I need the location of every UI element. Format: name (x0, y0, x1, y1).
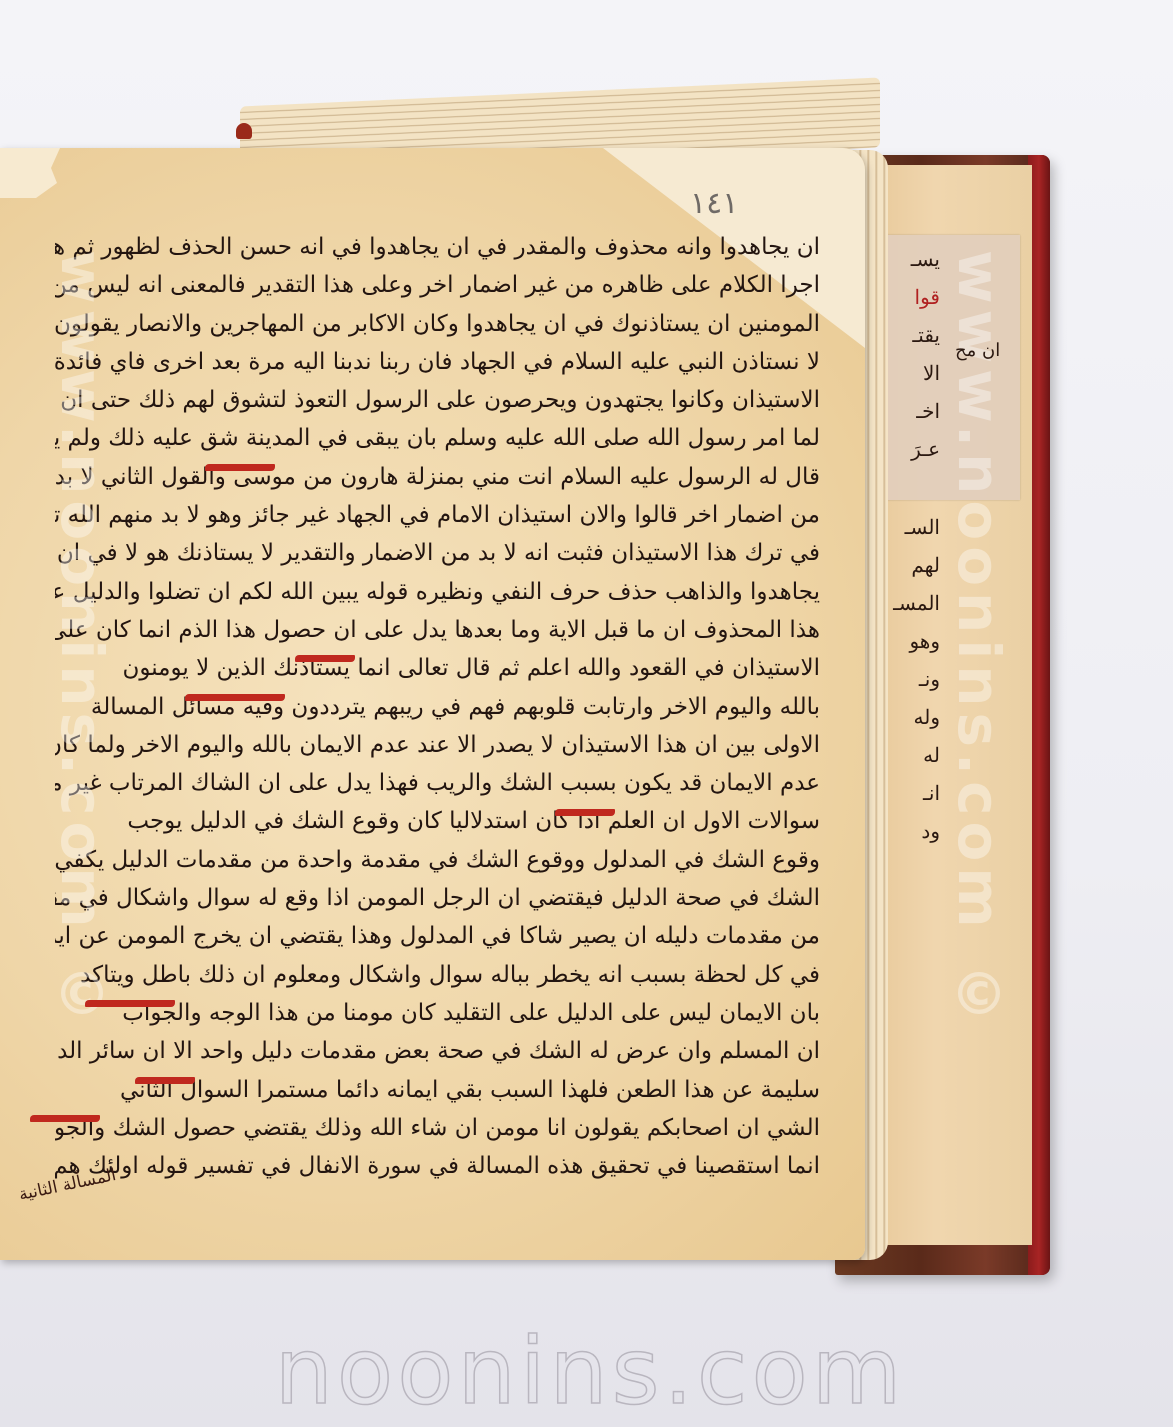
manuscript-line: هذا المحذوف ان ما قبل الاية وما بعدها يد… (55, 611, 820, 649)
back-page-fragment: المسـ (880, 584, 940, 622)
red-rubric-mark (135, 1077, 195, 1084)
back-page-fragment: السـ (880, 508, 940, 546)
back-page-fragment: لهم (880, 546, 940, 584)
manuscript-line: في كل لحظة بسبب انه يخطر بباله سوال واشك… (55, 956, 820, 994)
manuscript-line: الشك في صحة الدليل فيقتضي ان الرجل الموم… (55, 879, 820, 917)
back-page-fragment: الا (880, 354, 940, 392)
back-page-fragment: يقتـ (880, 316, 940, 354)
manuscript-line: الاولى بين ان هذا الاستيذان لا يصدر الا … (55, 726, 820, 764)
manuscript-line: عدم الايمان قد يكون بسبب الشك والريب فهذ… (55, 764, 820, 802)
manuscript-line: الاستيذان وكانوا يجتهدون ويحرصون على الر… (55, 381, 820, 419)
folio-number: ١٤١ (690, 186, 738, 221)
back-page-fragment: ونـ (880, 660, 940, 698)
manuscript-line: ان المسلم وان عرض له الشك في صحة بعض مقد… (55, 1032, 820, 1070)
manuscript-line: ان يجاهدوا وانه محذوف والمقدر في ان يجاه… (55, 228, 820, 266)
manuscript-line: من اضمار اخر قالوا والان استيذان الامام … (55, 496, 820, 534)
back-page-side-note: ان مح (955, 340, 1000, 361)
page-tear (0, 148, 60, 198)
back-page-fragment: انـ (880, 774, 940, 812)
manuscript-line: لما امر رسول الله صلى الله عليه وسلم بان… (55, 419, 820, 457)
back-page-fragment: يسـ (880, 240, 940, 278)
manuscript-line: لا نستاذن النبي عليه السلام في الجهاد فا… (55, 343, 820, 381)
manuscript-text: ان يجاهدوا وانه محذوف والمقدر في ان يجاه… (55, 228, 820, 1185)
back-page-fragment: ود (880, 812, 940, 850)
back-page-fragment: قوا (880, 278, 940, 316)
manuscript-line: قال له الرسول عليه السلام انت مني بمنزلة… (55, 458, 820, 496)
red-rubric-mark (185, 694, 285, 701)
red-rubric-mark (205, 464, 275, 471)
red-rubric-mark (555, 809, 615, 816)
watermark-right: www.noonins.com © (945, 250, 1013, 1034)
manuscript-line: سوالات الاول ان العلم اذا كان استدلاليا … (55, 802, 820, 840)
back-page-fragment: وهو (880, 622, 940, 660)
back-page-text: يسـقوايقتـالااخـعـرَالسـلهمالمسـوهوونـول… (880, 240, 940, 850)
manuscript-line: المومنين ان يستاذنوك في ان يجاهدوا وكان … (55, 305, 820, 343)
manuscript-line: انما استقصينا في تحقيق هذه المسالة في سو… (55, 1147, 820, 1185)
back-page-fragment: له (880, 736, 940, 774)
manuscript-line: الشي ان اصحابكم يقولون انا مومن ان شاء ا… (55, 1109, 820, 1147)
watermark-left: www.noonins.com © (48, 250, 116, 1034)
red-rubric-mark (85, 1000, 175, 1007)
manuscript-line: في ترك هذا الاستيذان فثبت انه لا بد من ا… (55, 534, 820, 572)
back-page-fragment: وله (880, 698, 940, 736)
manuscript-line: يجاهدوا والذاهب حذف حرف النفي ونظيره قول… (55, 573, 820, 611)
watermark-bottom: noonins.com (230, 1318, 950, 1425)
manuscript-line: بالله واليوم الاخر وارتابت قلوبهم فهم في… (55, 688, 820, 726)
bookmark-tab (236, 123, 252, 139)
manuscript-line: اجرا الكلام على ظاهره من غير اضمار اخر و… (55, 266, 820, 304)
back-page-fragment: عـرَ (880, 430, 940, 468)
manuscript-line: وقوع الشك في المدلول ووقوع الشك في مقدمة… (55, 841, 820, 879)
back-page-fragment: اخـ (880, 392, 940, 430)
red-rubric-mark (30, 1115, 100, 1122)
red-rubric-mark (295, 655, 355, 662)
manuscript-line: الاستيذان في القعود والله اعلم ثم قال تع… (55, 649, 820, 687)
manuscript-line: من مقدمات دليله ان يصير شاكا في المدلول … (55, 917, 820, 955)
